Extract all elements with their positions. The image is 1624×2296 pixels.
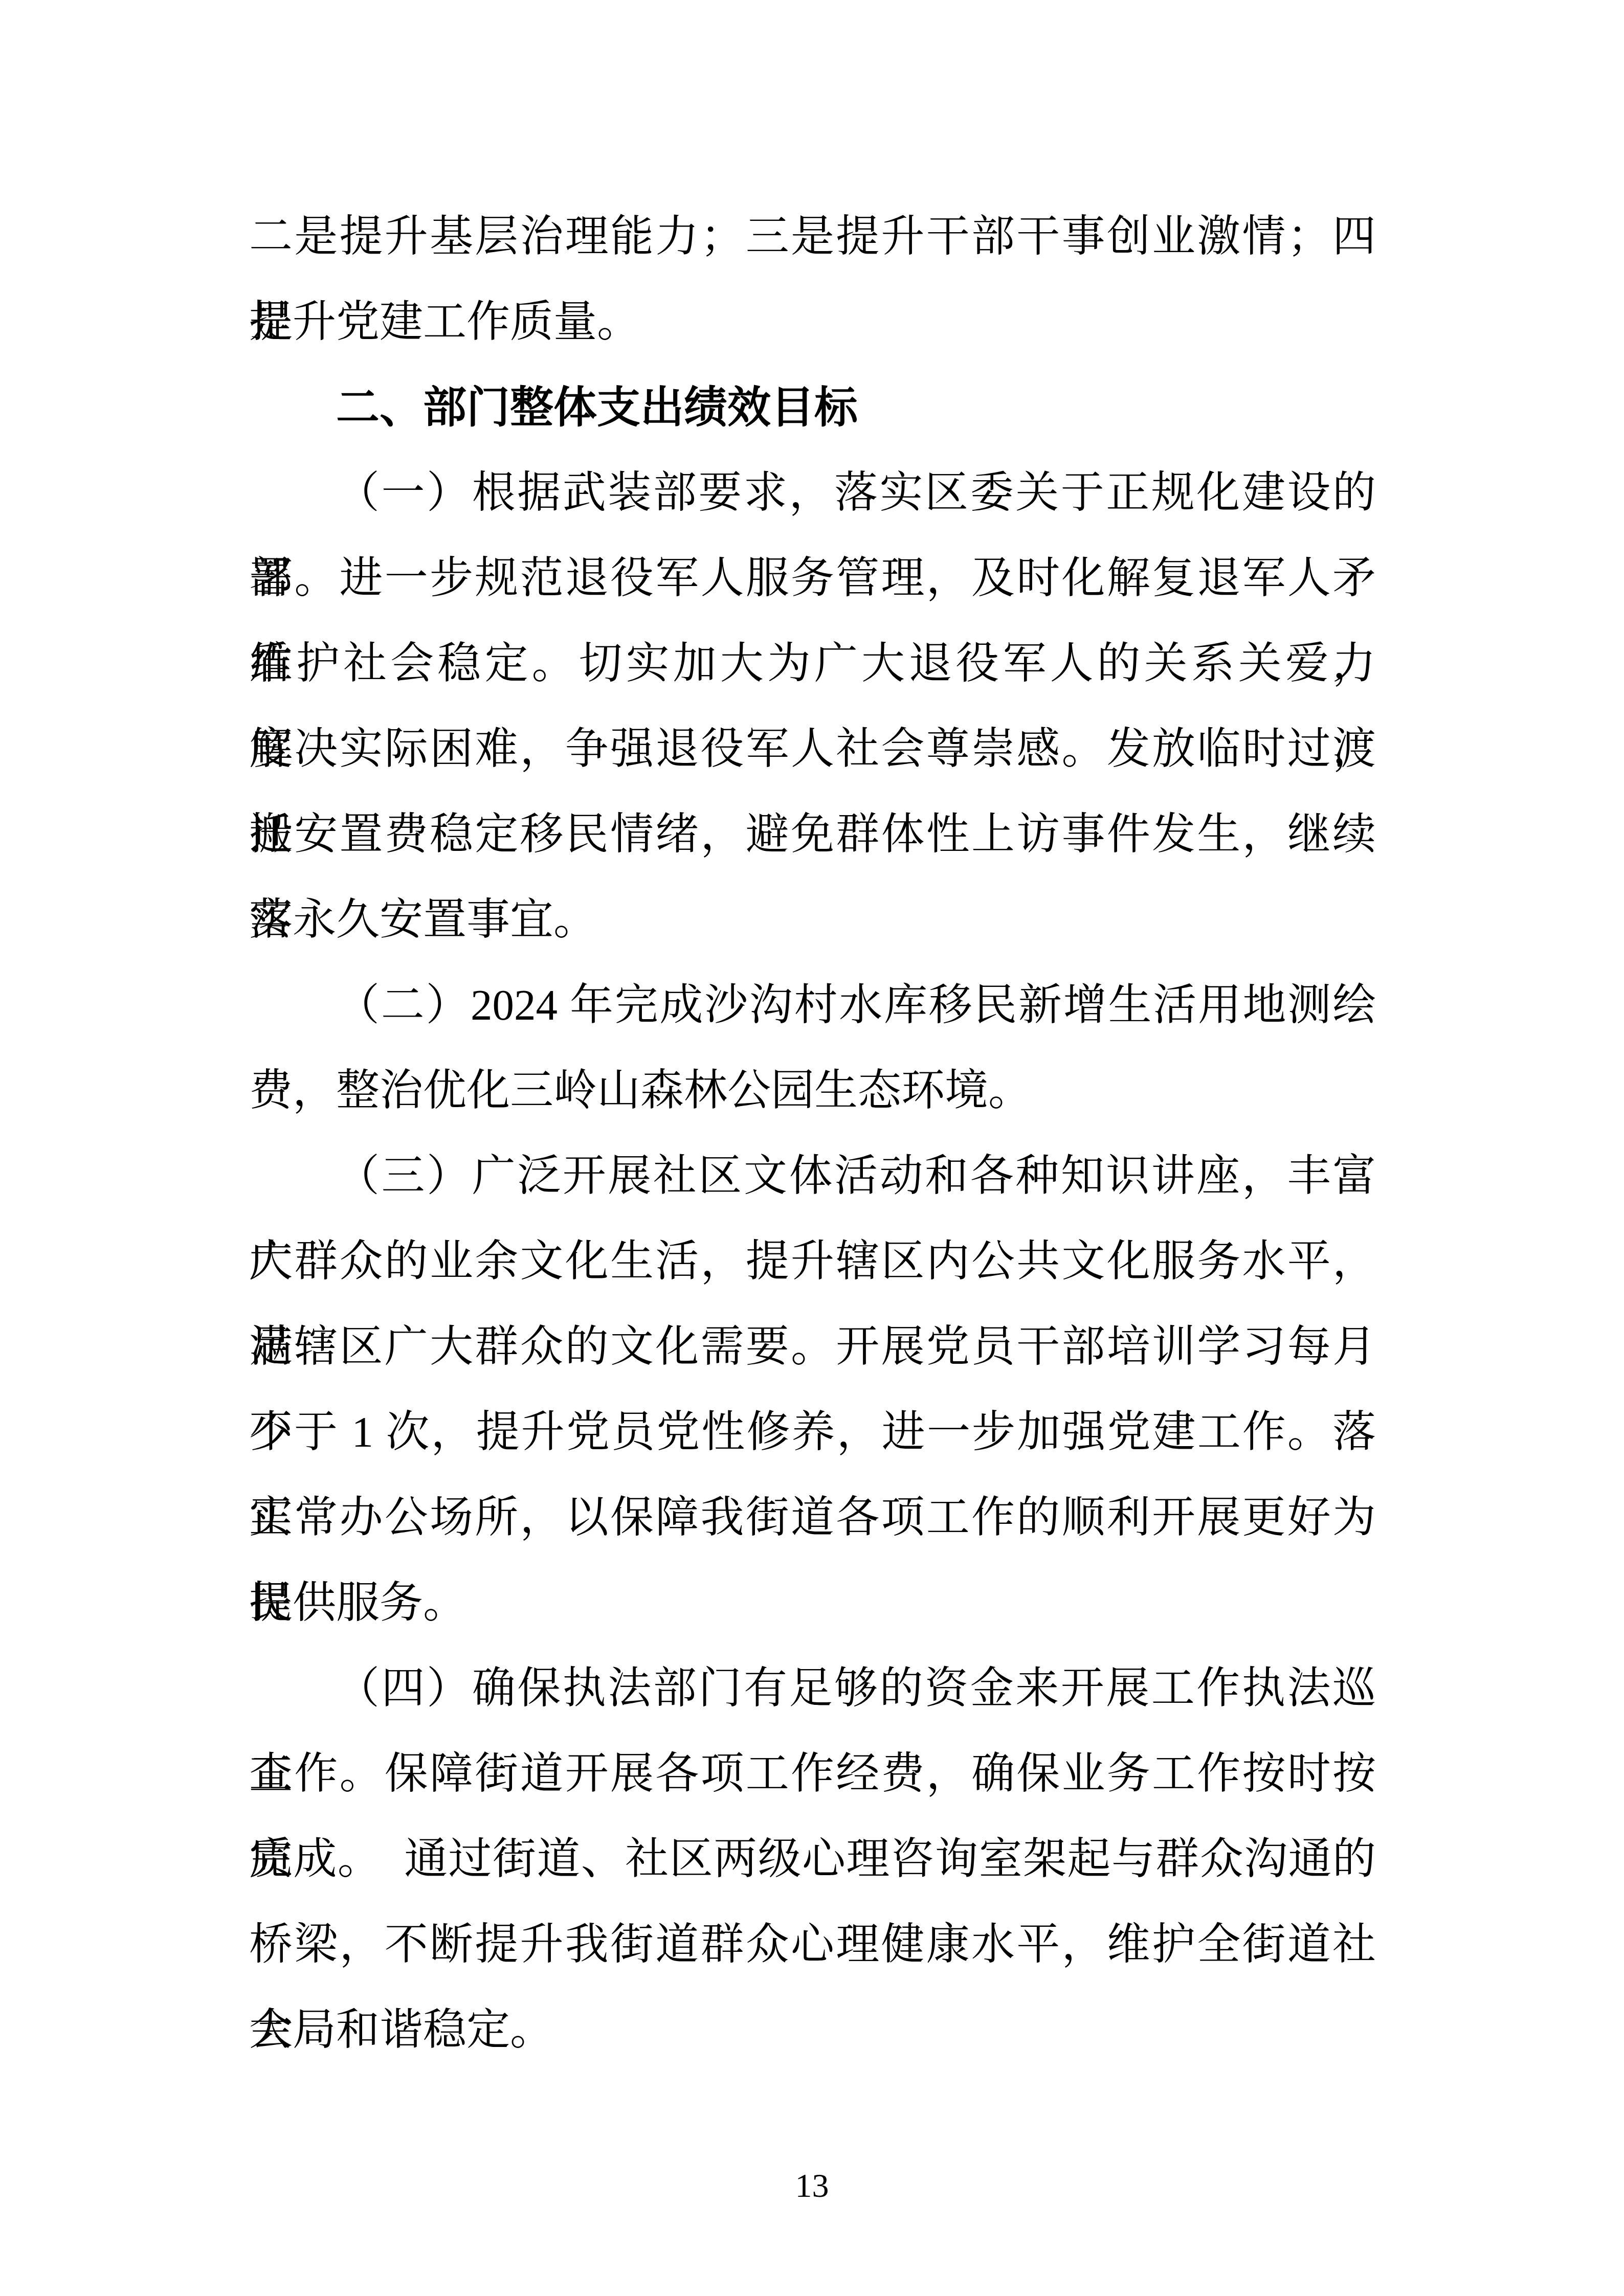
text-line: 工作。保障街道开展各项工作经费，确保业务工作按时按质 bbox=[249, 1731, 1376, 1817]
page-number: 13 bbox=[0, 2160, 1624, 2212]
text-line: 大局和谐稳定。 bbox=[249, 1988, 1376, 2073]
text-line: 迁安置费稳定移民情绪，避免群体性上访事件发生，继续落 bbox=[249, 792, 1376, 877]
text-line: 完成。 通过街道、社区两级心理咨询室架起与群众沟通的 bbox=[249, 1817, 1376, 1902]
text-line: 二是提升基层治理能力；三是提升干部干事创业激情；四是 bbox=[249, 194, 1376, 280]
text-line: 少于 1 次，提升党员党性修养，进一步加强党建工作。落实 bbox=[249, 1390, 1376, 1475]
text-block: 二是提升基层治理能力；三是提升干部干事创业激情；四是 提升党建工作质量。 二、部… bbox=[249, 194, 1376, 2073]
text-line: 费，整治优化三岭山森林公园生态环境。 bbox=[249, 1048, 1376, 1134]
text-line: 署。进一步规范退役军人服务管理，及时化解复退军人矛盾， bbox=[249, 536, 1376, 621]
text-line: 正常办公场所，以保障我街道各项工作的顺利开展更好为民 bbox=[249, 1475, 1376, 1561]
text-line: 实永久安置事宜。 bbox=[249, 877, 1376, 963]
text-line: 足辖区广大群众的文化需要。开展党员干部培训学习每月不 bbox=[249, 1304, 1376, 1390]
section-heading: 二、部门整体支出绩效目标 bbox=[249, 365, 1376, 451]
text-line: 解决实际困难，争强退役军人社会尊崇感。发放临时过渡搬 bbox=[249, 707, 1376, 792]
text-line: （二）2024 年完成沙沟村水库移民新增生活用地测绘 bbox=[249, 963, 1376, 1048]
document-page: 二是提升基层治理能力；三是提升干部干事创业激情；四是 提升党建工作质量。 二、部… bbox=[0, 0, 1624, 2296]
text-line: 大群众的业余文化生活，提升辖区内公共文化服务水平，满 bbox=[249, 1219, 1376, 1304]
text-line: 提升党建工作质量。 bbox=[249, 280, 1376, 365]
text-line: （一）根据武装部要求，落实区委关于正规化建设的部 bbox=[249, 451, 1376, 536]
text-line: （四）确保执法部门有足够的资金来开展工作执法巡查 bbox=[249, 1646, 1376, 1731]
text-line: 提供服务。 bbox=[249, 1561, 1376, 1646]
text-line: （三）广泛开展社区文体活动和各种知识讲座，丰富广 bbox=[249, 1134, 1376, 1219]
text-line: 桥梁，不断提升我街道群众心理健康水平，维护全街道社会 bbox=[249, 1902, 1376, 1988]
text-line: 维护社会稳定。切实加大为广大退役军人的关系关爱力度， bbox=[249, 621, 1376, 707]
